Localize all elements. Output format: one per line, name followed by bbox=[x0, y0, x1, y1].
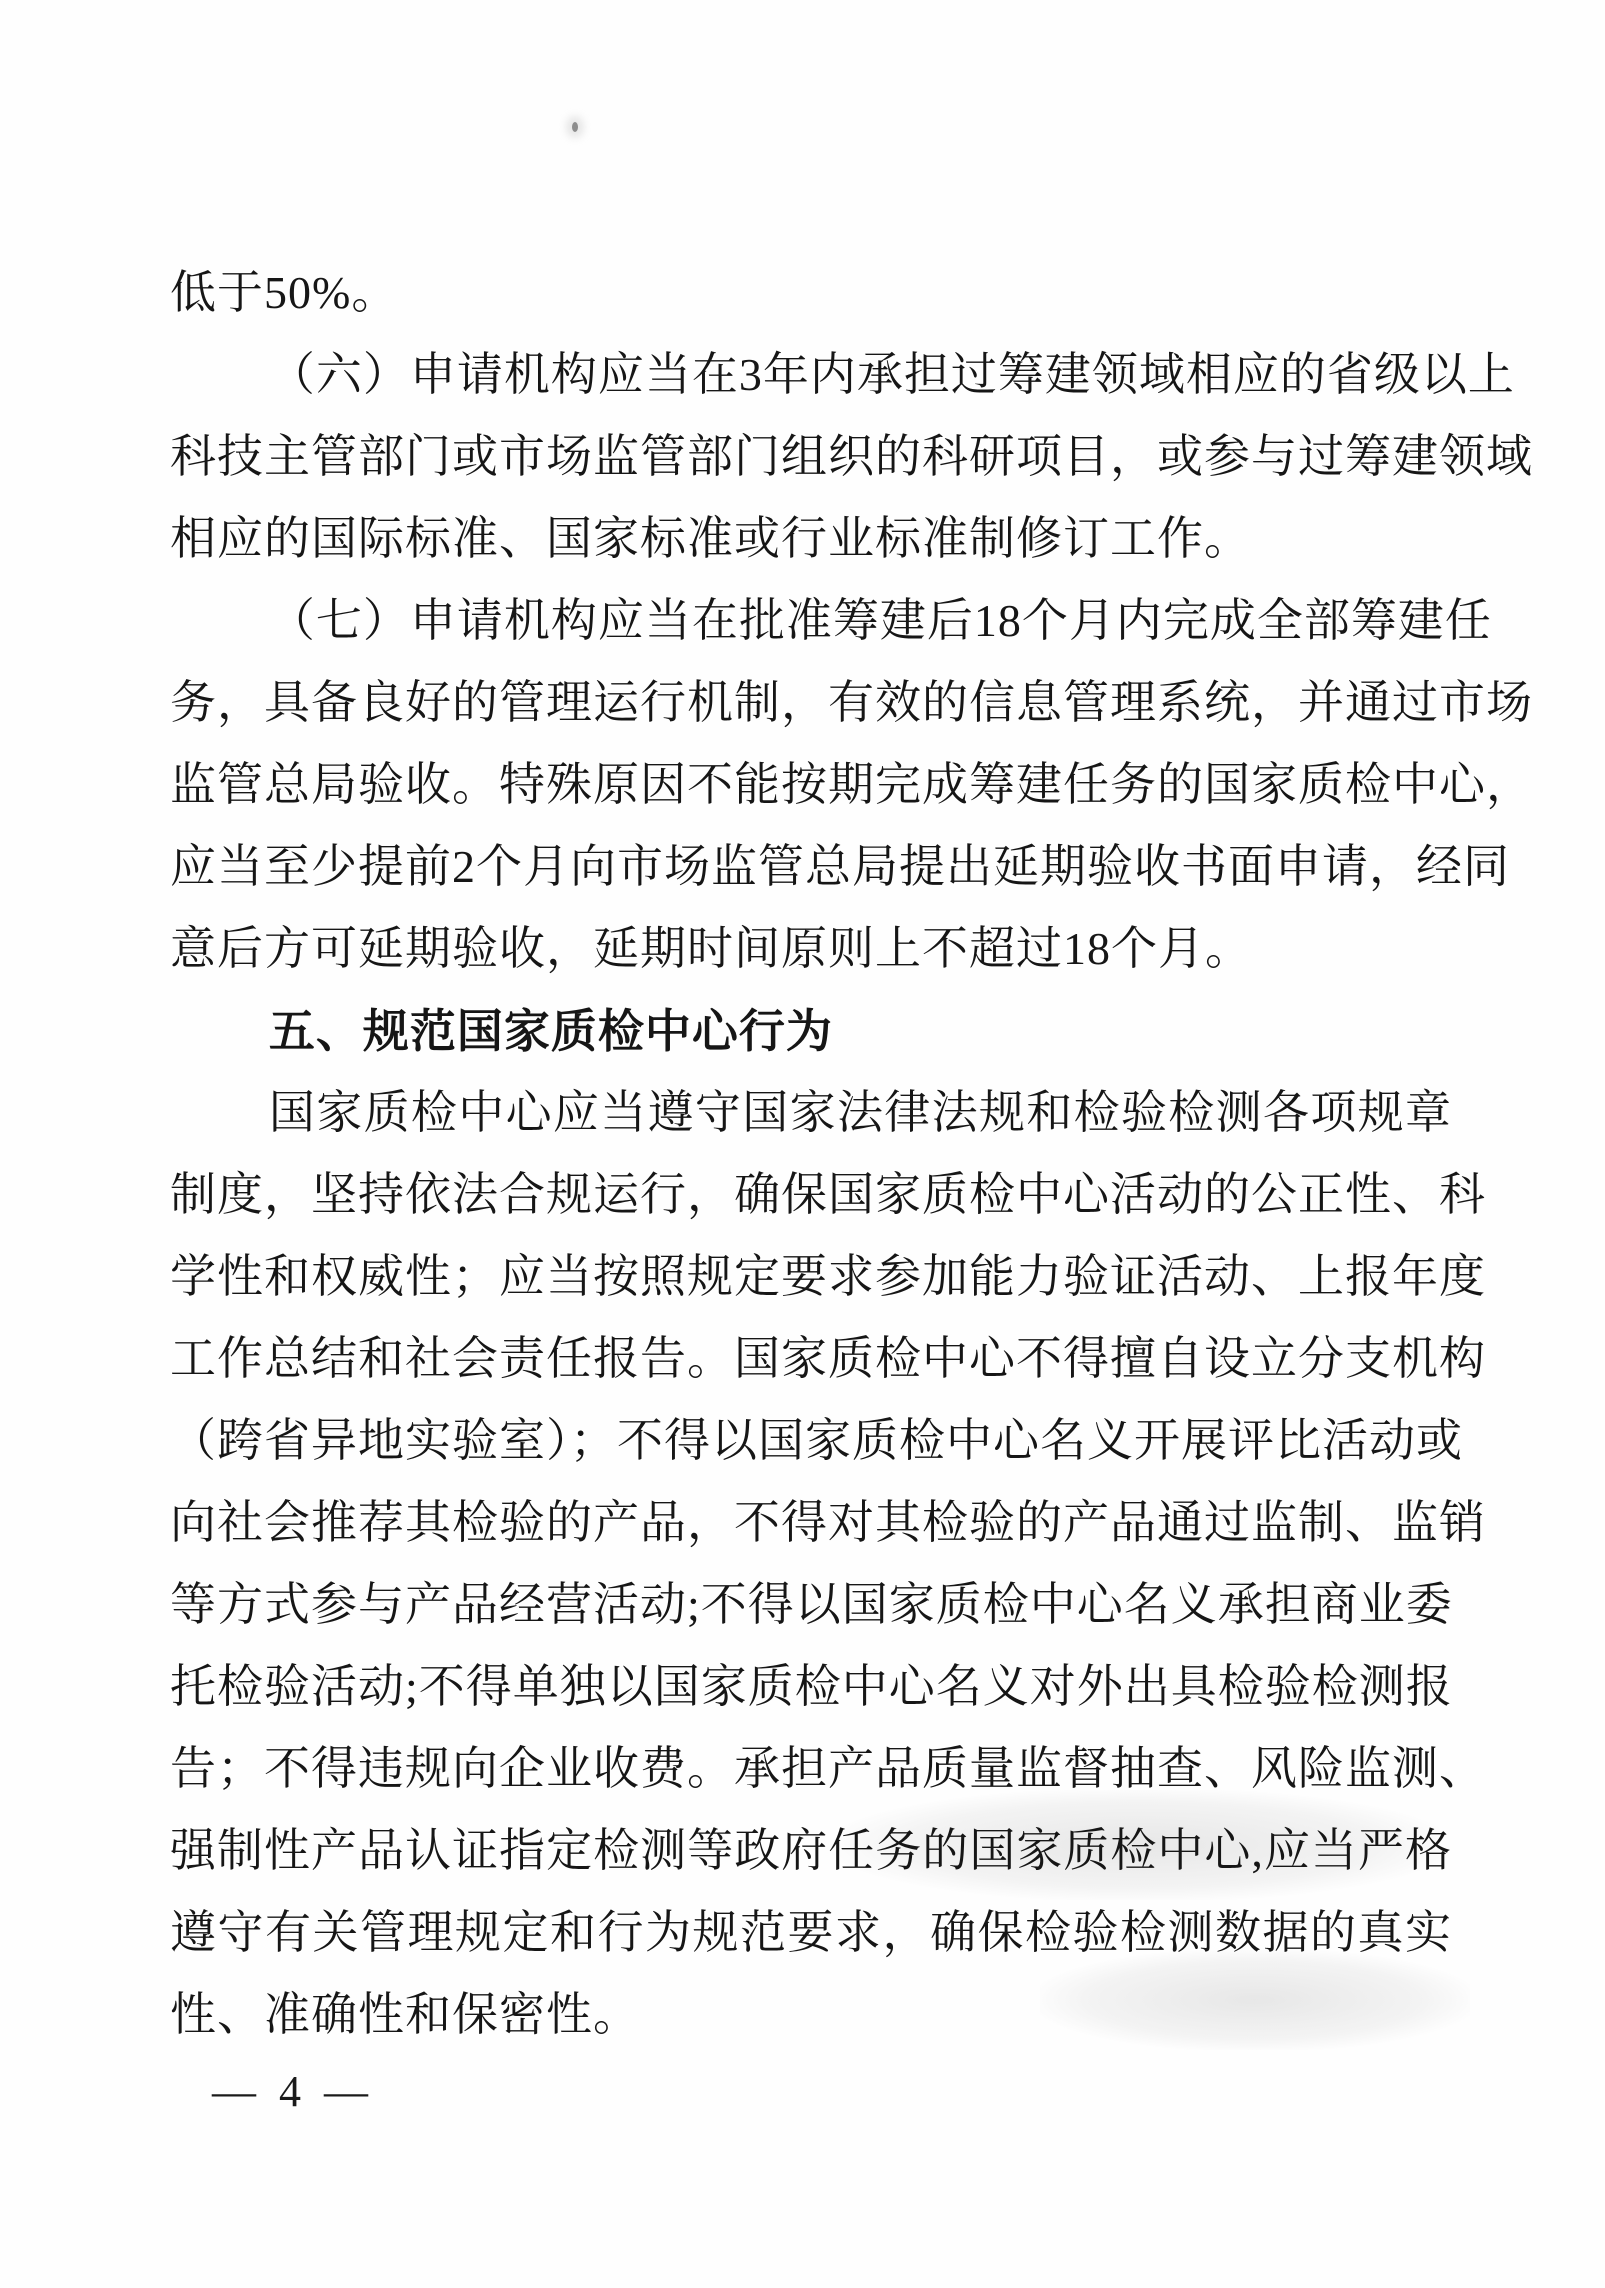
text-line: （七）申请机构应当在批准筹建后18个月内完成全部筹建任 bbox=[170, 580, 1452, 662]
scanned-document-page: 低于50%。（六）申请机构应当在3年内承担过筹建领域相应的省级以上科技主管部门或… bbox=[0, 0, 1605, 2288]
text-line: 相应的国际标准、国家标准或行业标准制修订工作。 bbox=[170, 498, 1452, 580]
text-line: 监管总局验收。特殊原因不能按期完成筹建任务的国家质检中心， bbox=[170, 744, 1452, 826]
text-line: 工作总结和社会责任报告。国家质检中心不得擅自设立分支机构 bbox=[170, 1318, 1452, 1400]
scan-speck-artifact bbox=[572, 122, 578, 132]
text-line: 应当至少提前2个月向市场监管总局提出延期验收书面申请，经同 bbox=[170, 826, 1452, 908]
text-line: （跨省异地实验室）；不得以国家质检中心名义开展评比活动或 bbox=[170, 1400, 1452, 1482]
text-line: （六）申请机构应当在3年内承担过筹建领域相应的省级以上 bbox=[170, 334, 1452, 416]
text-line: 低于50%。 bbox=[170, 252, 1452, 334]
page-number: — 4 — bbox=[212, 2067, 374, 2116]
text-line: 向社会推荐其检验的产品，不得对其检验的产品通过监制、监销 bbox=[170, 1482, 1452, 1564]
text-line: 务，具备良好的管理运行机制，有效的信息管理系统，并通过市场 bbox=[170, 662, 1452, 744]
text-line: 等方式参与产品经营活动;不得以国家质检中心名义承担商业委 bbox=[170, 1564, 1452, 1646]
text-line: 强制性产品认证指定检测等政府任务的国家质检中心,应当严格 bbox=[170, 1810, 1452, 1892]
page-footer: — 4 — bbox=[212, 2062, 374, 2122]
text-line: 制度，坚持依法合规运行，确保国家质检中心活动的公正性、科 bbox=[170, 1154, 1452, 1236]
section-heading: 五、规范国家质检中心行为 bbox=[170, 990, 1452, 1072]
document-body: 低于50%。（六）申请机构应当在3年内承担过筹建领域相应的省级以上科技主管部门或… bbox=[170, 252, 1452, 2056]
text-line: 性、准确性和保密性。 bbox=[170, 1974, 1452, 2056]
text-line: 托检验活动;不得单独以国家质检中心名义对外出具检验检测报 bbox=[170, 1646, 1452, 1728]
text-line: 学性和权威性；应当按照规定要求参加能力验证活动、上报年度 bbox=[170, 1236, 1452, 1318]
text-line: 科技主管部门或市场监管部门组织的科研项目，或参与过筹建领域 bbox=[170, 416, 1452, 498]
text-line: 告；不得违规向企业收费。承担产品质量监督抽查、风险监测、 bbox=[170, 1728, 1452, 1810]
text-line: 遵守有关管理规定和行为规范要求，确保检验检测数据的真实 bbox=[170, 1892, 1452, 1974]
text-line: 意后方可延期验收，延期时间原则上不超过18个月。 bbox=[170, 908, 1452, 990]
text-line: 国家质检中心应当遵守国家法律法规和检验检测各项规章 bbox=[170, 1072, 1452, 1154]
